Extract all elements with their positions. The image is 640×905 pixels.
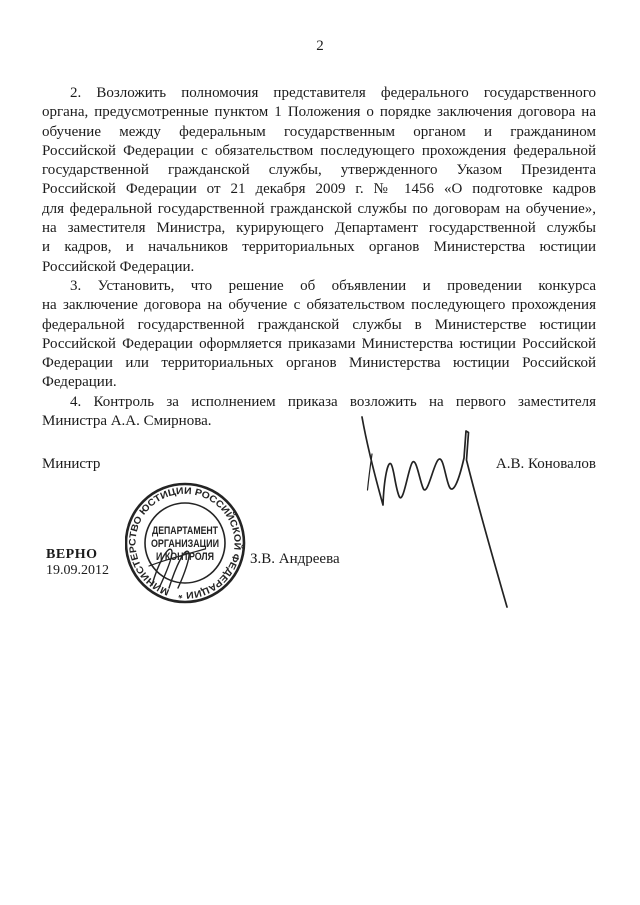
text-line: и кадров, и начальников территориальных … — [42, 238, 596, 257]
text-line: органа, предусмотренные пунктом 1 Положе… — [42, 103, 596, 122]
text-line: государственной гражданской службы, утве… — [42, 161, 596, 180]
stamp-center-line-2: ОРГАНИЗАЦИИ — [151, 538, 219, 550]
text-line: на заключение договора на обучение с обя… — [42, 296, 596, 315]
minister-signature — [350, 410, 515, 615]
text-line: Федерации. — [42, 373, 596, 392]
clerk-name: З.В. Андреева — [250, 551, 340, 568]
page-number: 2 — [0, 38, 640, 55]
text-line: 3. Установить, что решение об объявлении… — [42, 277, 596, 296]
text-line: Российской Федерации с обязательством по… — [42, 142, 596, 161]
text-line: Российской Федерации от 21 декабря 2009 … — [42, 180, 596, 199]
text-line: Российской Федерации. — [42, 258, 596, 277]
text-line: 2. Возложить полномочия представителя фе… — [42, 84, 596, 103]
stamp-center-line-1: ДЕПАРТАМЕНТ — [152, 525, 218, 537]
text-line: федеральной государственной гражданской … — [42, 316, 596, 335]
certification-block: ВЕРНО 19.09.2012 — [46, 547, 109, 579]
text-line: Российской Федерации оформляется приказа… — [42, 335, 596, 354]
minister-title-label: Министр — [42, 456, 100, 473]
verno-label: ВЕРНО — [46, 547, 109, 563]
text-line: Федерации или территориальных органов Ми… — [42, 354, 596, 373]
ministry-stamp: МИНИСТЕРСТВО ЮСТИЦИИ РОССИЙСКОЙ ФЕДЕРАЦИ… — [125, 482, 247, 604]
document-body: 2. Возложить полномочия представителя фе… — [42, 84, 596, 431]
text-line: обучение между федеральным государственн… — [42, 123, 596, 142]
certification-date: 19.09.2012 — [46, 563, 109, 579]
text-line: на заместителя Министра, курирующего Деп… — [42, 219, 596, 238]
text-line: для федеральной государственной гражданс… — [42, 200, 596, 219]
document-page: 2 2. Возложить полномочия представителя … — [0, 0, 640, 905]
